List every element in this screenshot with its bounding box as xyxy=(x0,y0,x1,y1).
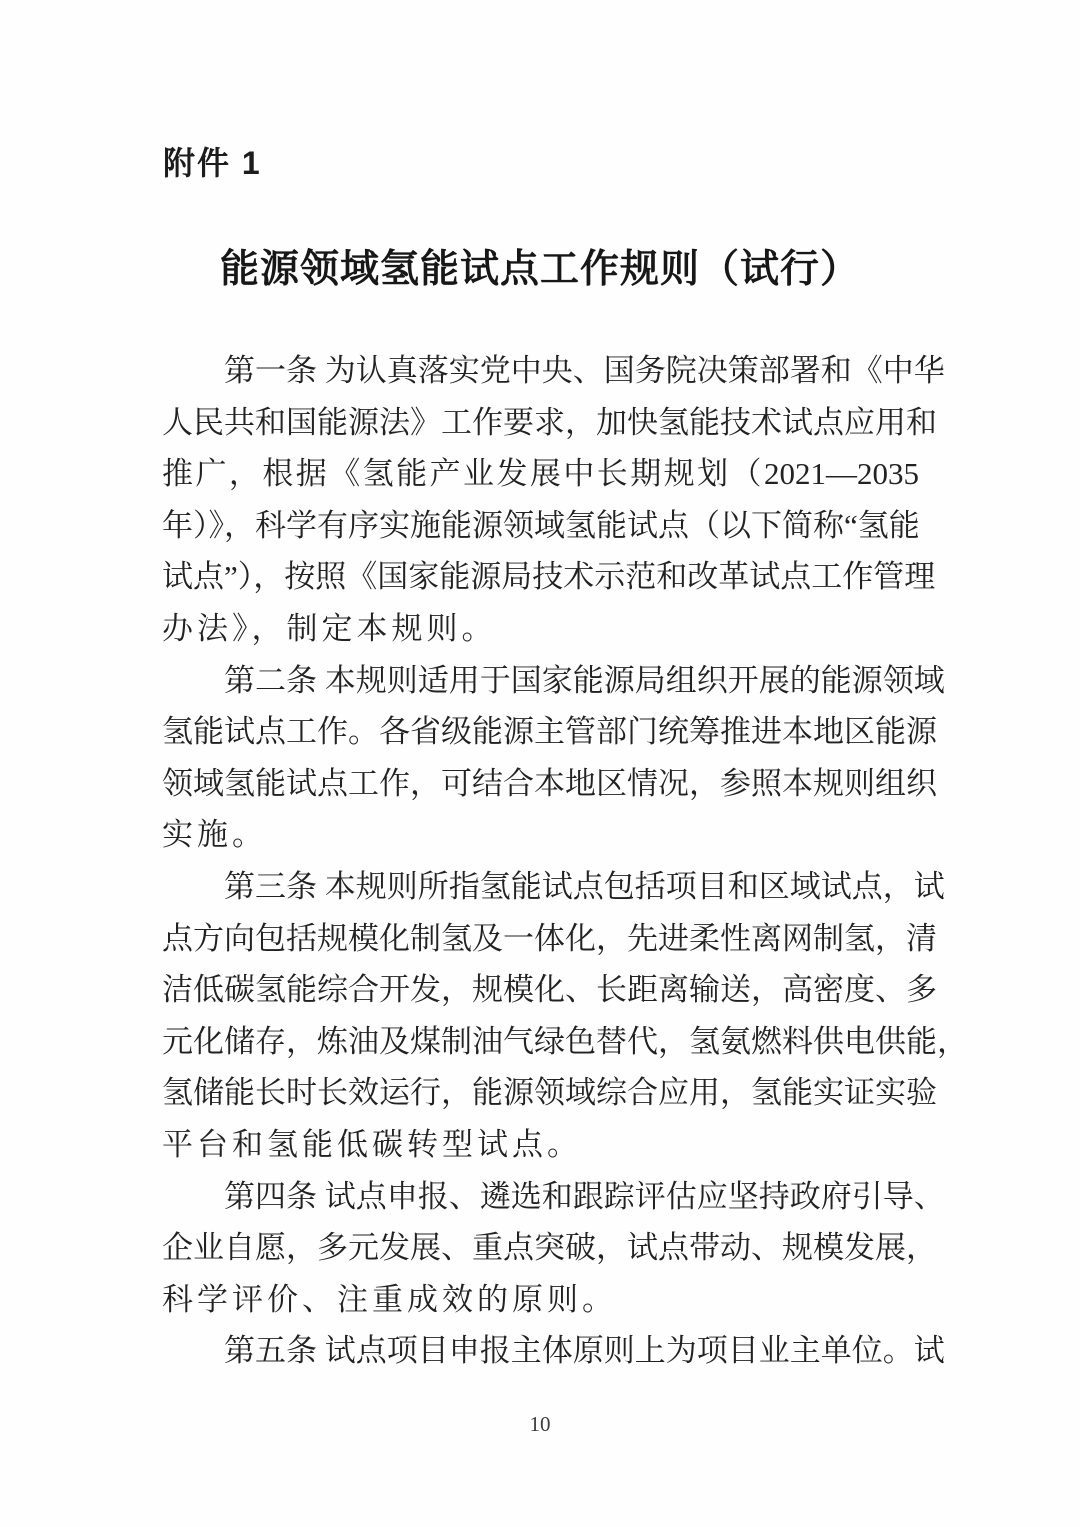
body-line: 人民共和国能源法》工作要求，加快氢能技术试点应用和 xyxy=(162,397,919,449)
body-line: 第五条 试点项目申报主体原则上为项目业主单位。试 xyxy=(162,1325,919,1377)
body-line: 科学评价、注重成效的原则。 xyxy=(162,1274,919,1326)
body-line: 企业自愿，多元发展、重点突破，试点带动、规模发展， xyxy=(162,1222,919,1274)
body-line: 第四条 试点申报、遴选和跟踪评估应坚持政府引导、 xyxy=(162,1171,919,1223)
body-line: 点方向包括规模化制氢及一体化，先进柔性离网制氢，清 xyxy=(162,913,919,965)
body-line: 氢储能长时长效运行，能源领域综合应用，氢能实证实验 xyxy=(162,1067,919,1119)
body-line: 办法》，制定本规则。 xyxy=(162,603,919,655)
body-line: 实施。 xyxy=(162,809,919,861)
body-line: 推广，根据《氢能产业发展中长期规划（2021—2035 xyxy=(162,448,919,500)
document-body: 第一条 为认真落实党中央、国务院决策部署和《中华 人民共和国能源法》工作要求，加… xyxy=(162,345,919,1377)
body-line: 洁低碳氢能综合开发，规模化、长距离输送，高密度、多 xyxy=(162,964,919,1016)
body-line: 年）》，科学有序实施能源领域氢能试点（以下简称“氢能 xyxy=(162,500,919,552)
body-line: 试点”），按照《国家能源局技术示范和改革试点工作管理 xyxy=(162,551,919,603)
body-line: 第二条 本规则适用于国家能源局组织开展的能源领域 xyxy=(162,655,919,707)
body-line: 平台和氢能低碳转型试点。 xyxy=(162,1119,919,1171)
body-line: 元化储存，炼油及煤制油气绿色替代，氢氨燃料供电供能， xyxy=(162,1016,919,1068)
document-page: 附件 1 能源领域氢能试点工作规则（试行） 第一条 为认真落实党中央、国务院决策… xyxy=(0,0,1080,1527)
attachment-label: 附件 1 xyxy=(163,138,262,184)
body-line: 领域氢能试点工作，可结合本地区情况，参照本规则组织 xyxy=(162,758,919,810)
body-line: 第一条 为认真落实党中央、国务院决策部署和《中华 xyxy=(162,345,919,397)
document-title: 能源领域氢能试点工作规则（试行） xyxy=(0,238,1080,294)
body-line: 第三条 本规则所指氢能试点包括项目和区域试点，试 xyxy=(162,861,919,913)
page-number: 10 xyxy=(0,1412,1080,1437)
body-line: 氢能试点工作。各省级能源主管部门统筹推进本地区能源 xyxy=(162,706,919,758)
